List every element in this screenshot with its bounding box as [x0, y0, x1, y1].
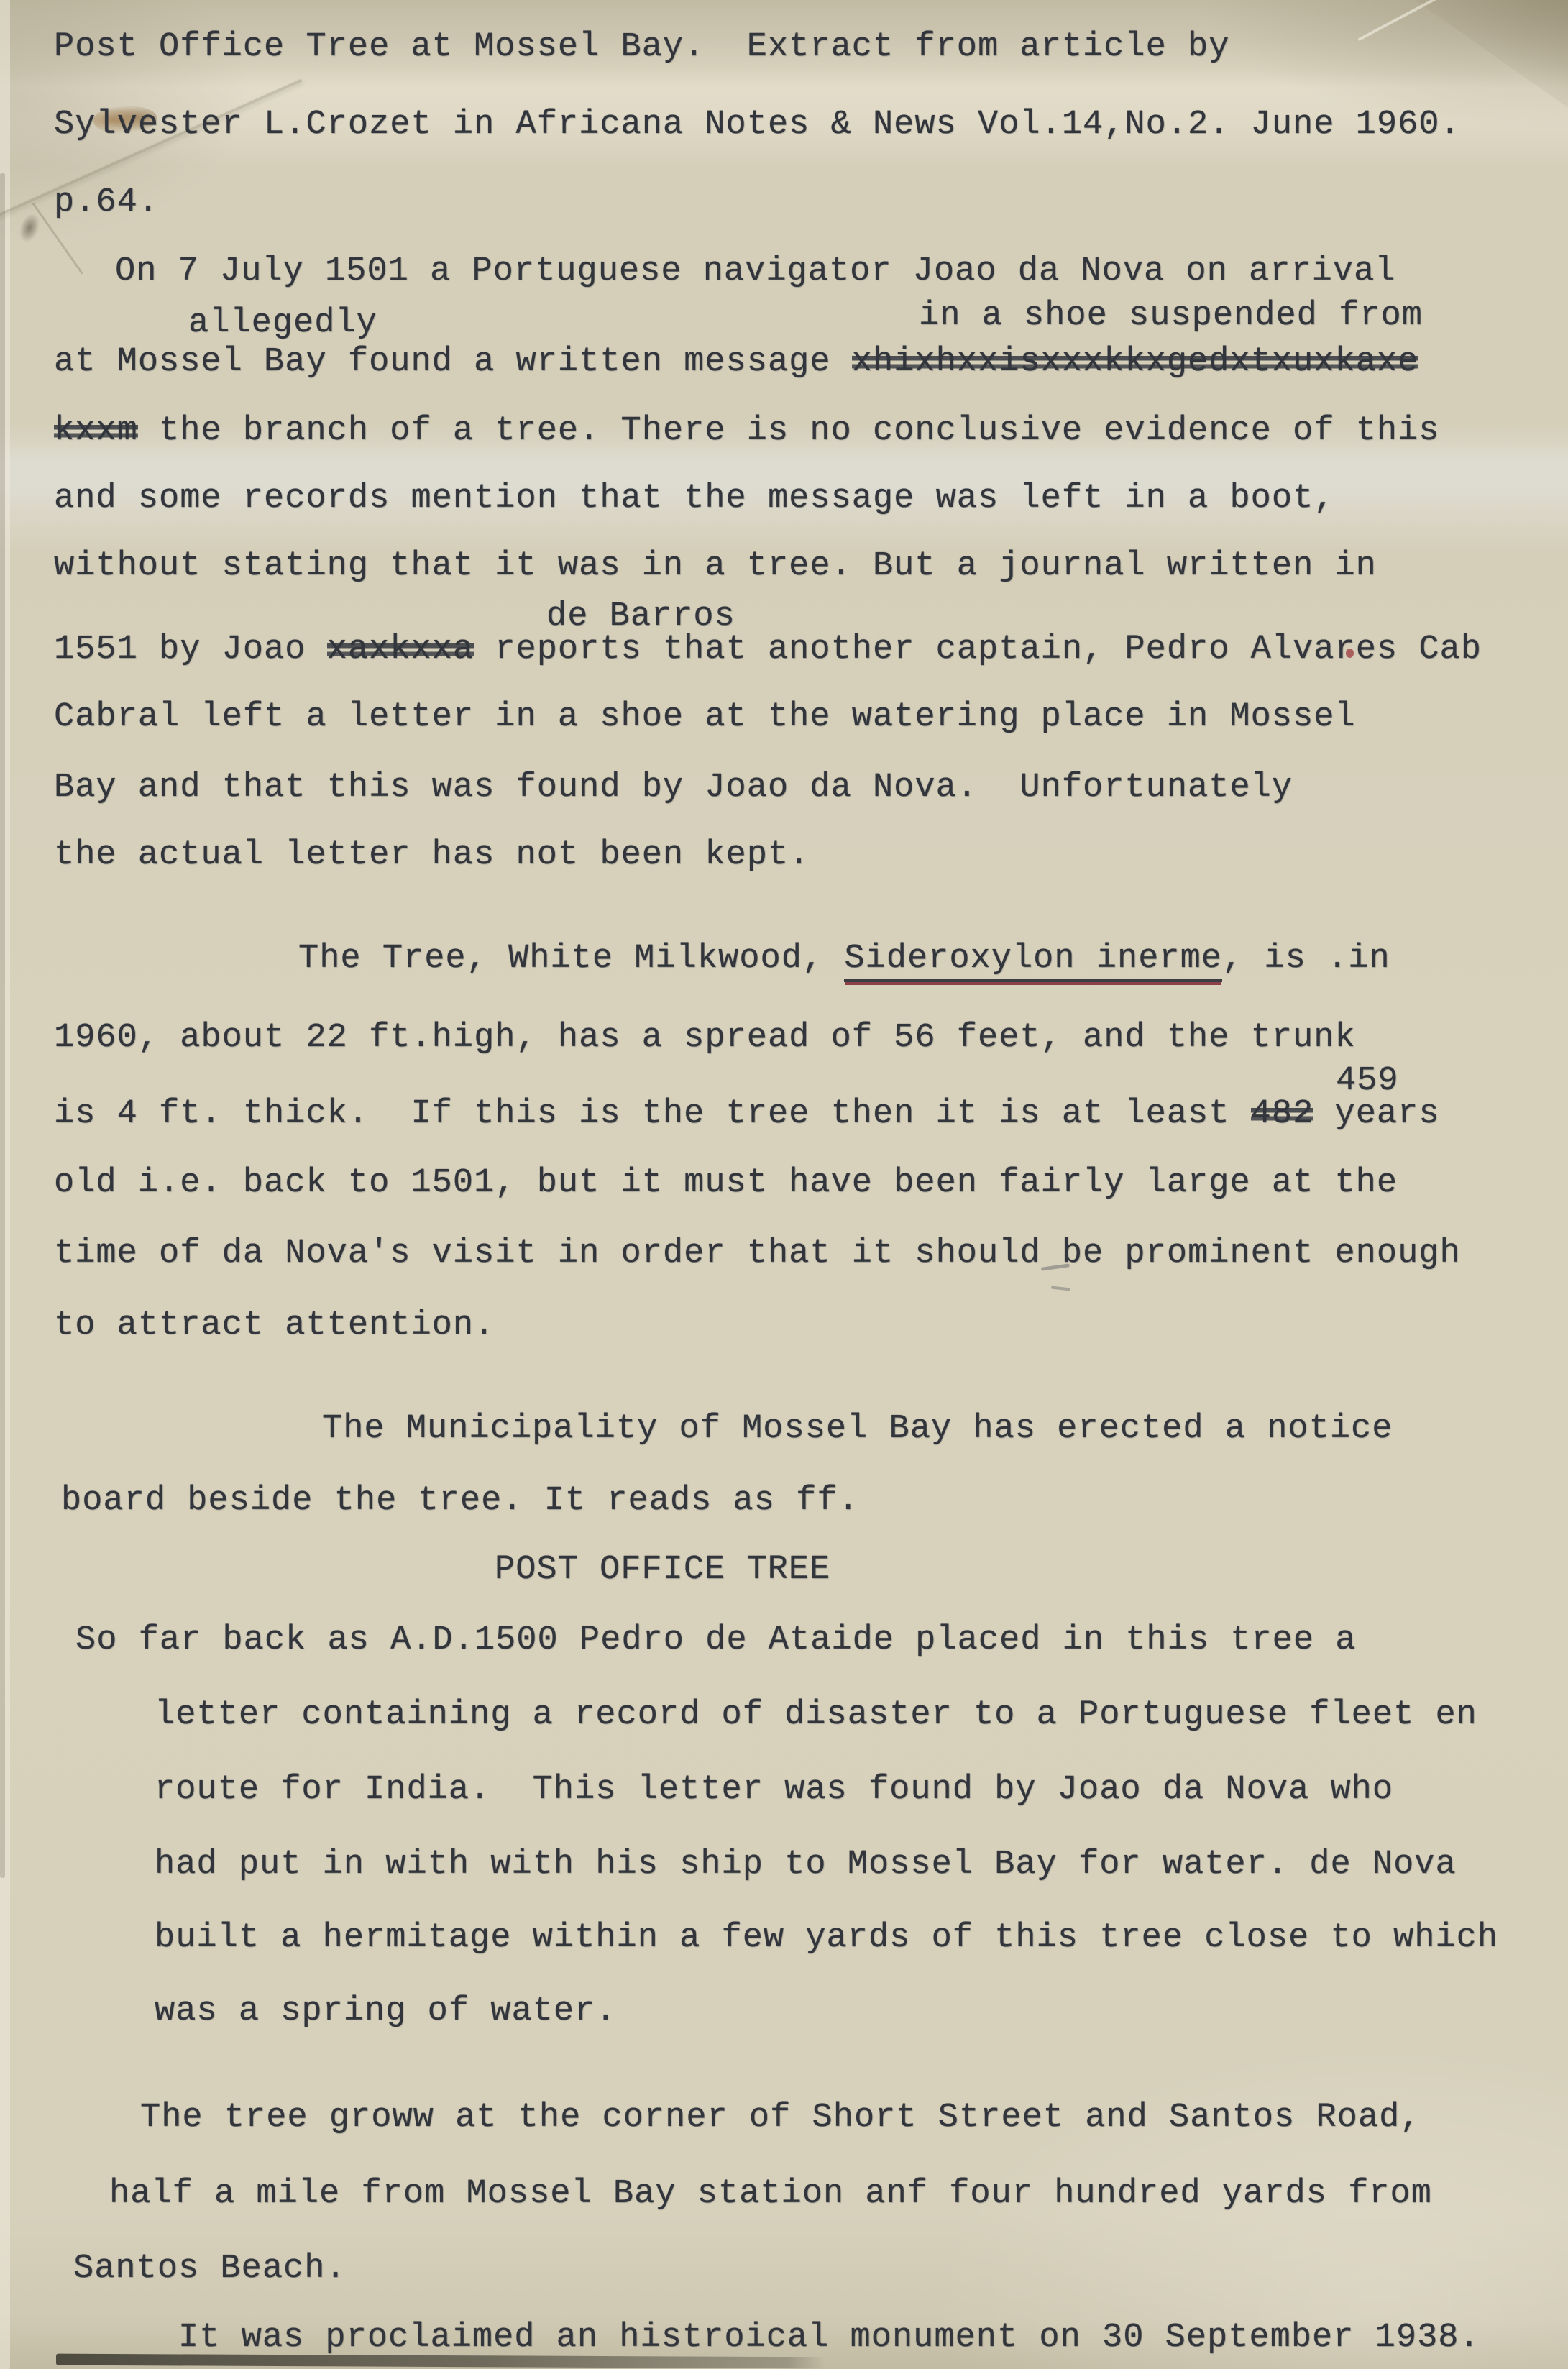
typed-text: half a mile from Mossel Bay station anf …	[109, 2175, 1432, 2213]
notice-line2: letter containing a record of disaster t…	[155, 1697, 1477, 1734]
typed-text: Cabral left a letter in a shoe at the wa…	[54, 698, 1356, 736]
typed-text: 1960, about 22 ft.high, has a spread of …	[54, 1019, 1356, 1057]
para3-line1: The Municipality of Mossel Bay has erect…	[322, 1411, 1393, 1448]
para2-line6: to attract attention.	[54, 1307, 495, 1344]
typed-text: is 4 ft. thick. If this is the tree then…	[54, 1095, 1251, 1133]
typed-text: reports that another captain, Pedro Alva…	[474, 631, 1482, 669]
insert-de-barros: de Barros	[546, 598, 735, 636]
typed-text: to attract attention.	[54, 1306, 495, 1344]
insert-in-a-shoe: in a shoe suspended from	[919, 298, 1423, 335]
para1-line6: 1551 by Joao xaxkxxa reports that anothe…	[54, 631, 1482, 669]
struck-out-text: 482	[1251, 1095, 1314, 1133]
para1-line3: kxxm the branch of a tree. There is no c…	[54, 413, 1440, 450]
title-line-2: Sylvester L.Crozet in Africana Notes & N…	[54, 106, 1461, 144]
typed-text: On 7 July 1501 a Portuguese navigator Jo…	[115, 252, 1395, 290]
para1-line5: without stating that it was in a tree. B…	[54, 548, 1377, 585]
para4-line2: half a mile from Mossel Bay station anf …	[109, 2176, 1432, 2213]
typed-text: Sylvester L.Crozet in Africana Notes & N…	[54, 106, 1461, 144]
typed-text: and some records mention that the messag…	[54, 480, 1334, 518]
para1-line9: the actual letter has not been kept.	[54, 837, 810, 874]
typed-text: Santos Beach.	[73, 2250, 347, 2288]
struck-out-text: xhixhxxisxxxkkxgedxtxuxkaxe	[852, 343, 1419, 381]
insert-allegedly: allegedly	[188, 305, 377, 342]
struck-out-text: xaxkxxa	[327, 631, 474, 669]
paper-nick-left-edge	[16, 211, 44, 245]
typed-text: p.64.	[54, 183, 159, 221]
para2-line3: is 4 ft. thick. If this is the tree then…	[54, 1096, 1440, 1133]
typed-text: built a hermitage within a few yards of …	[155, 1919, 1498, 1957]
underlined-text: Sideroxylon inerme	[844, 940, 1222, 982]
typed-text: without stating that it was in a tree. B…	[54, 547, 1377, 585]
title-line-1: Post Office Tree at Mossel Bay. Extract …	[54, 29, 1229, 66]
para4-line1: The tree groww at the corner of Short St…	[140, 2099, 1421, 2137]
typed-text: It was proclaimed an histroical monument…	[178, 2319, 1480, 2357]
crease-top-right	[1358, 0, 1454, 41]
typed-text: route for India. This letter was found b…	[155, 1771, 1393, 1809]
typed-text: POST OFFICE TREE	[495, 1551, 830, 1589]
para1-line4: and some records mention that the messag…	[54, 480, 1334, 518]
typed-text: letter containing a record of disaster t…	[155, 1696, 1477, 1734]
typed-text: in a shoe suspended from	[919, 297, 1423, 335]
notice-line4: had put in with with his ship to Mossel …	[155, 1846, 1457, 1884]
typed-text: had put in with with his ship to Mossel …	[155, 1846, 1457, 1884]
page-ref: p.64.	[54, 184, 159, 221]
paper: Post Office Tree at Mossel Bay. Extract …	[0, 0, 1568, 2369]
para2-line4: old i.e. back to 1501, but it must have …	[54, 1165, 1398, 1202]
corner-fold-top-right	[1381, 0, 1568, 108]
typed-text: The Municipality of Mossel Bay has erect…	[322, 1410, 1393, 1448]
notice-heading: POST OFFICE TREE	[495, 1552, 830, 1589]
typed-text: time of da Nova's visit in order that it…	[54, 1234, 1461, 1273]
para1-line7: Cabral left a letter in a shoe at the wa…	[54, 699, 1356, 736]
notice-line6: was a spring of water.	[155, 1993, 617, 2030]
typed-text: So far back as A.D.1500 Pedro de Ataide …	[75, 1621, 1356, 1659]
typed-text: Bay and that this was found by Joao da N…	[54, 769, 1293, 807]
typed-text: Post Office Tree at Mossel Bay. Extract …	[54, 28, 1229, 66]
paper-left-edge-shadow	[0, 173, 5, 1878]
para1-line8: Bay and that this was found by Joao da N…	[54, 769, 1293, 807]
para2-line5: time of da Nova's visit in order that it…	[54, 1235, 1461, 1273]
para1-line1: On 7 July 1501 a Portuguese navigator Jo…	[115, 253, 1395, 290]
para3-line2: board beside the tree. It reads as ff.	[61, 1483, 859, 1520]
typed-text: years	[1313, 1095, 1439, 1133]
paper-left-edge-highlight	[0, 0, 10, 2369]
typed-text: board beside the tree. It reads as ff.	[61, 1482, 859, 1520]
insert-459: 459	[1336, 1063, 1399, 1100]
typed-text: The tree groww at the corner of Short St…	[140, 2099, 1421, 2137]
typed-text: was a spring of water.	[155, 1992, 617, 2030]
struck-out-text: kxxm	[54, 412, 138, 450]
notice-line5: built a hermitage within a few yards of …	[155, 1920, 1498, 1957]
typed-text: old i.e. back to 1501, but it must have …	[54, 1164, 1398, 1202]
para2-line1: The Tree, White Milkwood, Sideroxylon in…	[298, 940, 1390, 978]
pencil-mark-small	[1051, 1286, 1070, 1291]
typed-text: , is .in	[1222, 940, 1390, 978]
typed-text: at Mossel Bay found a written message	[54, 343, 852, 381]
notice-line1: So far back as A.D.1500 Pedro de Ataide …	[75, 1622, 1356, 1659]
para2-line2: 1960, about 22 ft.high, has a spread of …	[54, 1019, 1356, 1057]
typed-text: the actual letter has not been kept.	[54, 836, 810, 874]
notice-line3: route for India. This letter was found b…	[155, 1772, 1393, 1809]
para4-line4: It was proclaimed an histroical monument…	[178, 2319, 1480, 2357]
typed-text: 1551 by Joao	[54, 631, 327, 669]
para1-line2: at Mossel Bay found a written message xh…	[54, 344, 1418, 381]
typed-text: The Tree, White Milkwood,	[298, 940, 844, 978]
para4-line3: Santos Beach.	[73, 2250, 347, 2288]
typed-text: allegedly	[188, 304, 377, 342]
typed-text: the branch of a tree. There is no conclu…	[138, 412, 1440, 450]
